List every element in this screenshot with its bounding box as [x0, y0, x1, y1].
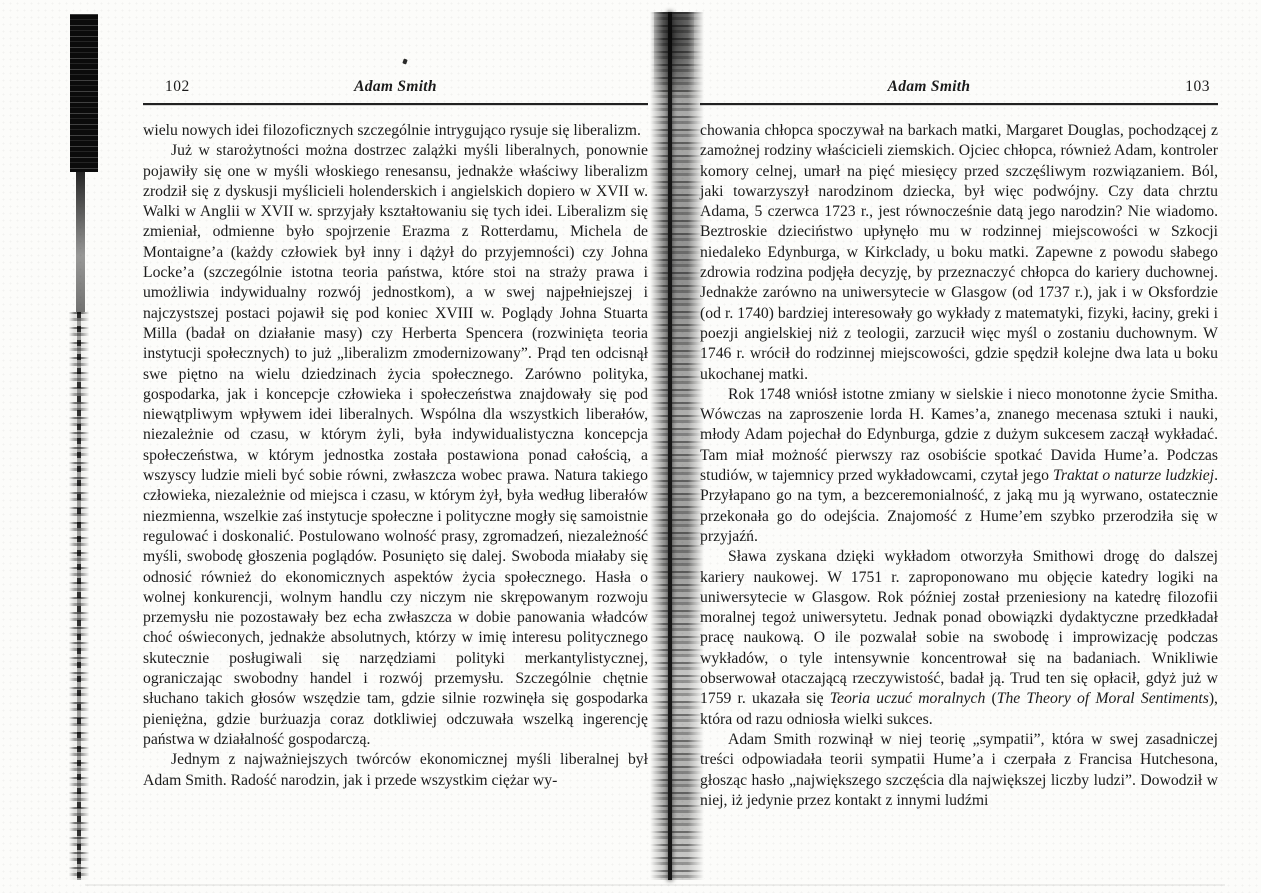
left-edge-scan-artifact: [68, 14, 102, 880]
book-gutter-shadow: [650, 12, 704, 880]
text-run: Już w starożytności można dostrzec zaląż…: [143, 142, 648, 748]
book-gutter-core-line: [668, 12, 672, 880]
right-page-number: 103: [1185, 78, 1210, 96]
left-edge-thin-line: [76, 172, 85, 312]
text-run: Jednym z najważniejszych twórców ekonomi…: [143, 751, 648, 788]
bottom-scan-streak: [85, 884, 1225, 886]
left-edge-core-line: [77, 312, 81, 880]
italic-text-run: Traktat o naturze ludzkiej: [1053, 467, 1214, 484]
paragraph: wielu nowych idei filozoficznych szczegó…: [143, 121, 648, 141]
text-run: wielu nowych idei filozoficznych szczegó…: [143, 122, 641, 139]
book-gutter-top-blob: [654, 12, 694, 92]
paragraph: chowania chłopca spoczywał na barkach ma…: [700, 121, 1218, 385]
left-page-header: 102 Adam Smith: [143, 78, 648, 102]
italic-text-run: Teoria uczuć moralnych: [830, 690, 986, 707]
paragraph: Jednym z najważniejszych twórców ekonomi…: [143, 750, 648, 791]
ink-speck: [402, 58, 407, 64]
right-header-rule: [700, 103, 1218, 105]
text-run: Adam Smith rozwinął w niej teorię „sympa…: [700, 731, 1218, 809]
left-running-title: Adam Smith: [143, 78, 648, 96]
right-page-header: Adam Smith 103: [700, 78, 1218, 102]
left-header-rule: [143, 103, 648, 105]
scanned-book-spread: 102 Adam Smith wielu nowych idei filozof…: [0, 0, 1261, 893]
text-run: Sława zyskana dzięki wykładom otworzyła …: [700, 548, 1218, 707]
left-page: 102 Adam Smith wielu nowych idei filozof…: [143, 78, 648, 791]
right-page: Adam Smith 103 chowania chłopca spoczywa…: [700, 78, 1218, 811]
right-page-body: chowania chłopca spoczywał na barkach ma…: [700, 121, 1218, 811]
paragraph: Już w starożytności można dostrzec zaląż…: [143, 141, 648, 750]
text-run: (: [985, 690, 996, 707]
text-run: chowania chłopca spoczywał na barkach ma…: [700, 122, 1218, 383]
right-running-title: Adam Smith: [700, 78, 1158, 96]
paragraph: Adam Smith rozwinął w niej teorię „sympa…: [700, 730, 1218, 811]
left-edge-dark-band: [70, 14, 98, 172]
italic-text-run: The Theory of Moral Sentiments: [997, 690, 1209, 707]
paragraph: Sława zyskana dzięki wykładom otworzyła …: [700, 547, 1218, 730]
left-page-body: wielu nowych idei filozoficznych szczegó…: [143, 121, 648, 791]
paragraph: Rok 1748 wniósł istotne zmiany w sielski…: [700, 385, 1218, 547]
